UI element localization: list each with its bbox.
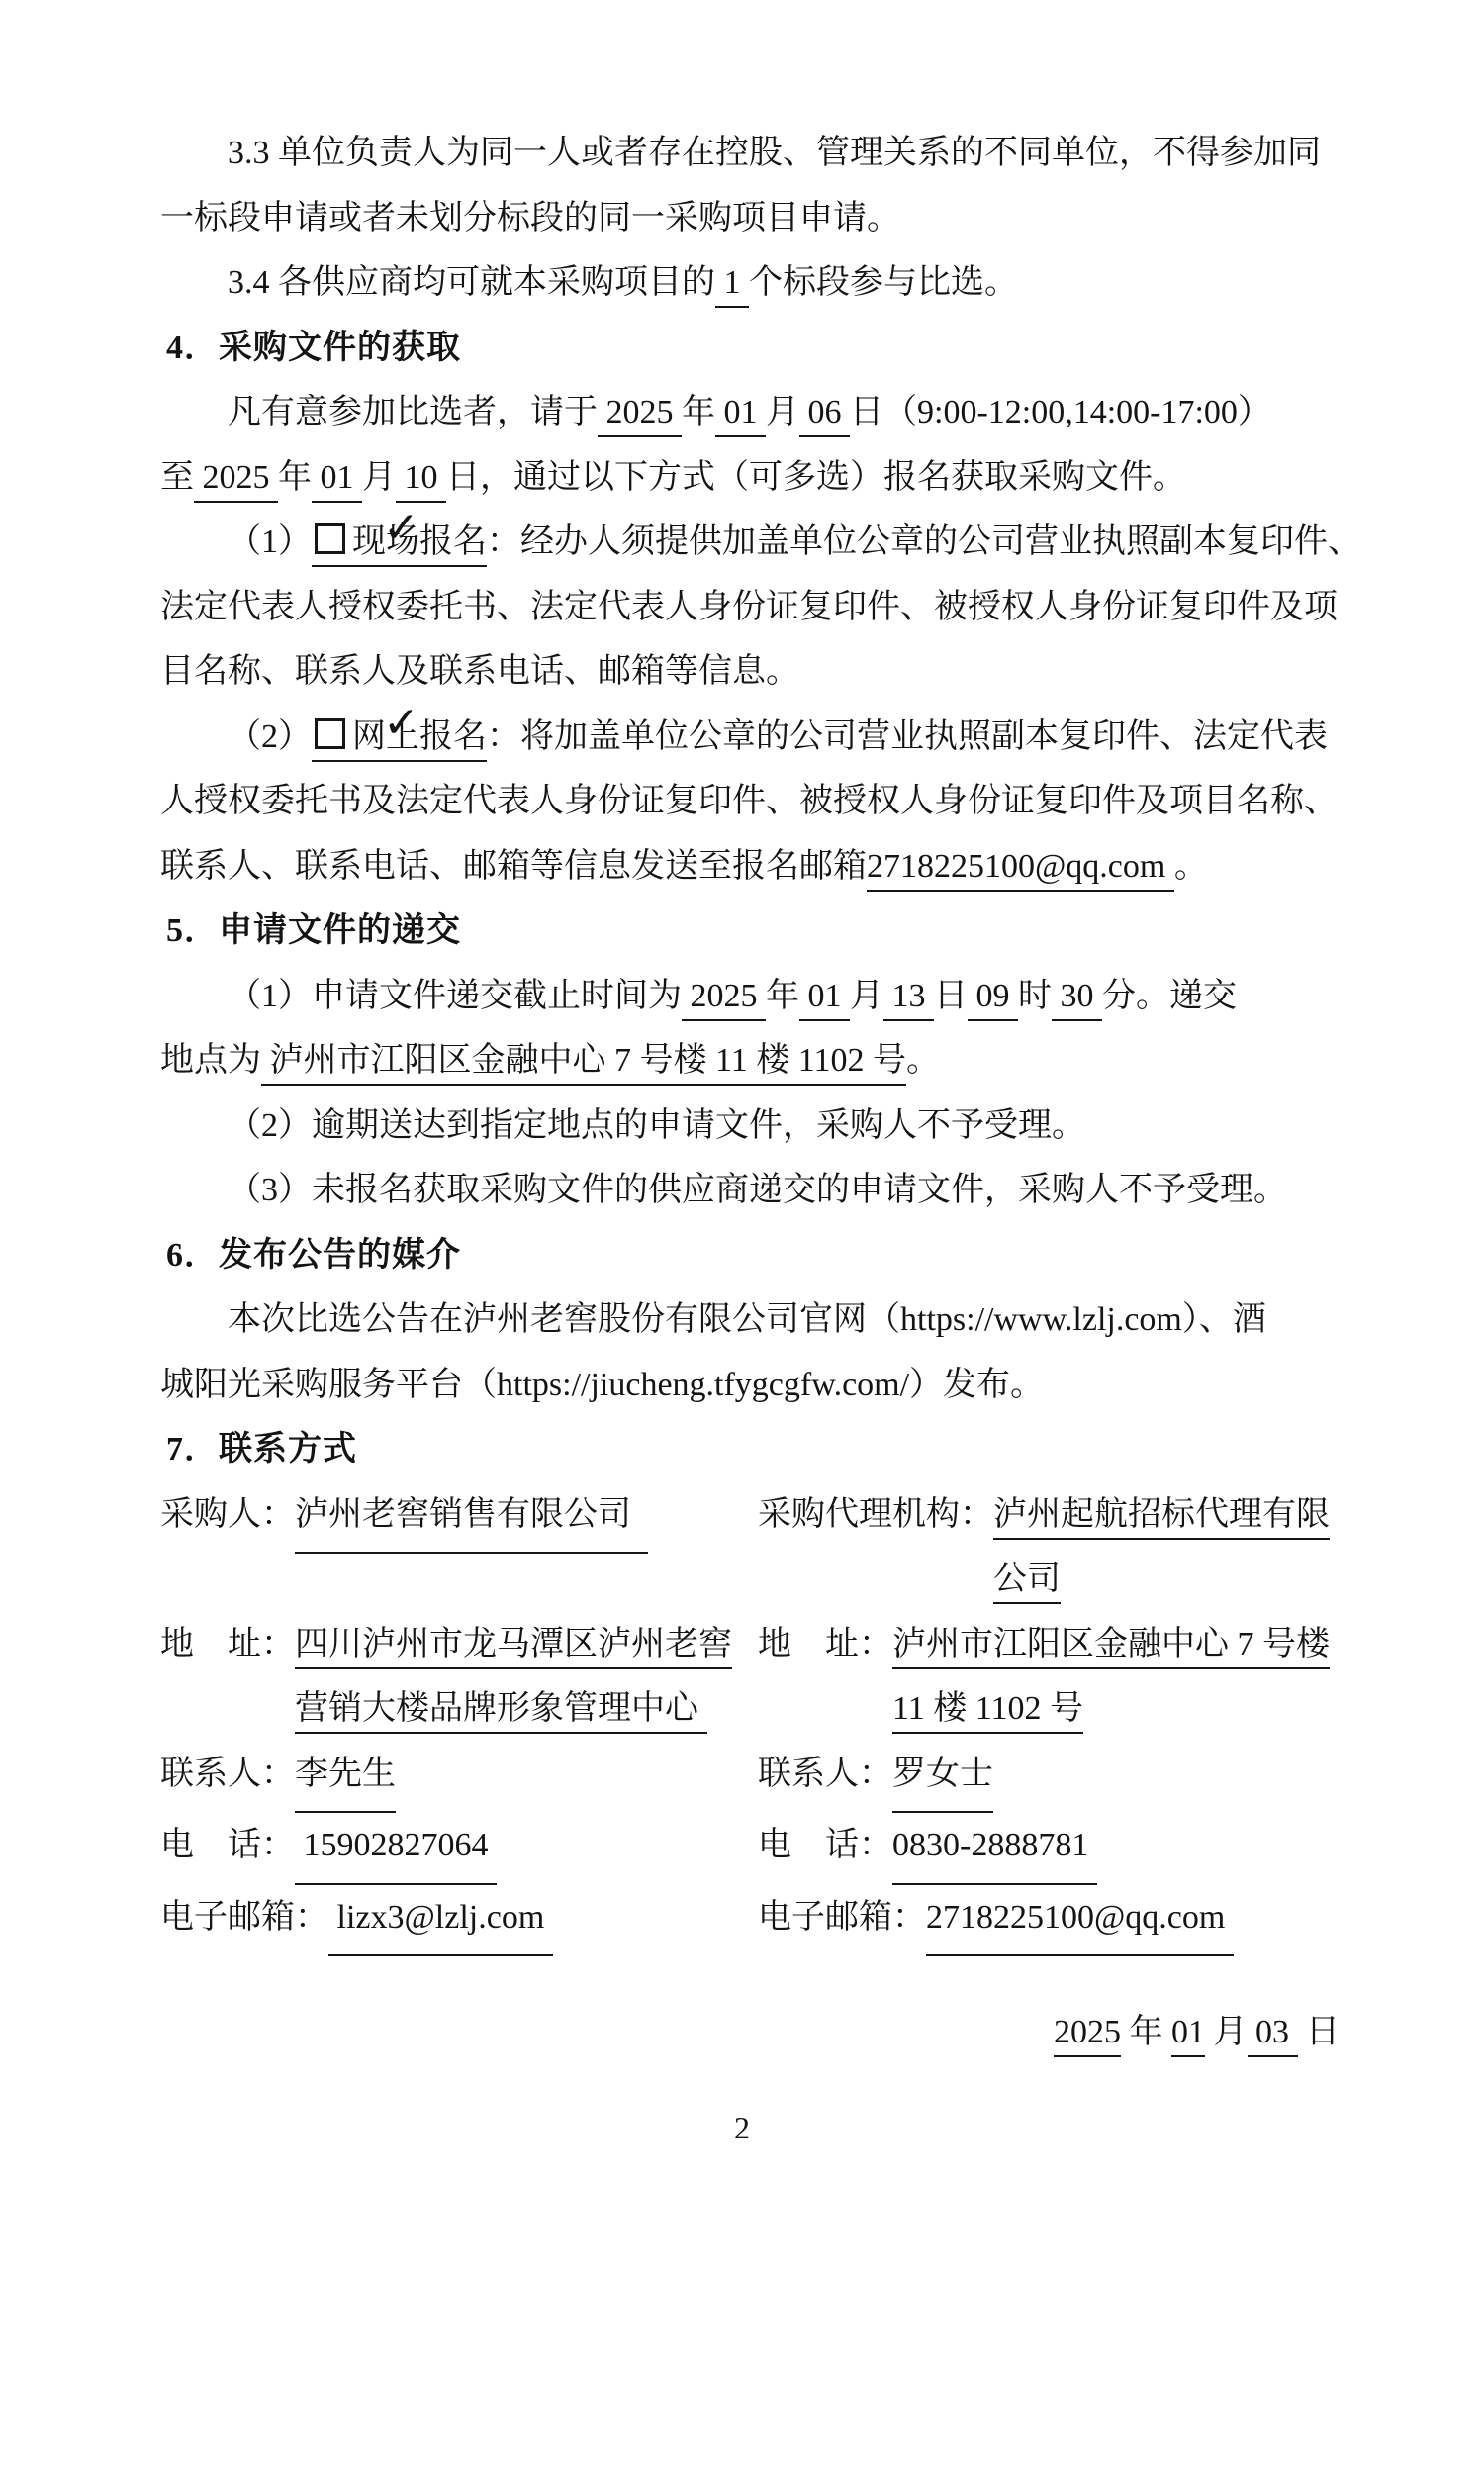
purchaser-address-row: 地 址： 四川泸州市龙马潭区泸州老窖营销大楼品牌形象管理中心 (160, 1612, 758, 1742)
deadline-line-2: 地点为 泸州市江阳区金融中心 7 号楼 11 楼 1102 号。 (160, 1028, 1340, 1093)
contact-row-addresses: 地 址： 四川泸州市龙马潭区泸州老窖营销大楼品牌形象管理中心 地 址： 泸州市江… (160, 1612, 1340, 1742)
announcement-date: 2025 年 01 月 03 日 (160, 2000, 1340, 2065)
end-year-blank: 2025 (194, 459, 278, 503)
onsite-text-2: 法定代表人授权委托书、法定代表人身份证复印件、被授权人身份证复印件及项 (160, 589, 1338, 625)
deadline-hour-char: 时 (1018, 978, 1052, 1014)
deadline-day-blank: 13 (883, 978, 934, 1021)
media-line-1: 本次比选公告在泸州老窖股份有限公司官网（https://www.lzlj.com… (160, 1287, 1340, 1353)
onsite-text-3: 目名称、联系人及联系电话、邮箱等信息。 (160, 653, 799, 690)
online-text-1: 将加盖单位公章的公司营业执照副本复印件、法定代表 (520, 718, 1328, 755)
start-month-blank: 01 (715, 394, 766, 437)
clause-3-4-text: 3.4 各供应商均可就本采购项目的 (228, 264, 715, 301)
section-6-heading-text: 6．发布公告的媒介 (166, 1237, 461, 1274)
onsite-registration-line-1: （1）✓现场报名：经办人须提供加盖单位公章的公司营业执照副本复印件、 (160, 510, 1340, 575)
deadline-day-char: 日 (934, 978, 968, 1014)
contact-row-phones: 电 话： 15902827064 电 话：0830-2888781 (160, 1813, 1340, 1885)
checkmark-icon: ✓ (316, 702, 419, 745)
clause-3-3-line-2: 一标段申请或者未划分标段的同一采购项目申请。 (160, 186, 1340, 251)
online-text-3: 联系人、联系电话、邮箱等信息发送至报名邮箱 (160, 848, 867, 885)
purchaser-email-row: 电子邮箱： lizx3@lzlj.com (160, 1885, 758, 1957)
clause-5-2: （2）逾期送达到指定地点的申请文件，采购人不予受理。 (160, 1093, 1340, 1159)
deadline-line-1: （1）申请文件递交截止时间为 2025 年 01 月 13 日 09 时 30 … (160, 964, 1340, 1029)
agency-phone: 0830-2888781 (892, 1813, 1097, 1885)
onsite-colon: ： (487, 523, 520, 560)
agency-name-line-2: 公司 (993, 1561, 1061, 1604)
deadline-month-char: 月 (850, 978, 883, 1014)
s4-p1-year-char: 年 (682, 394, 715, 430)
checked-checkbox-icon: ✓ (315, 718, 345, 749)
agency-phone-label: 电 话： (758, 1813, 892, 1878)
onsite-registration-line-3: 目名称、联系人及联系电话、邮箱等信息。 (160, 639, 1340, 705)
purchaser-address: 四川泸州市龙马潭区泸州老窖营销大楼品牌形象管理中心 (295, 1612, 732, 1742)
submission-place-end: 。 (906, 1042, 940, 1079)
start-day-blank: 06 (799, 394, 850, 437)
agency-address-label: 地 址： (758, 1612, 892, 1677)
deadline-text: （1）申请文件递交截止时间为 (228, 978, 682, 1014)
document-content: 3.3 单位负责人为同一人或者存在控股、管理关系的不同单位，不得参加同 一标段申… (160, 121, 1340, 2065)
section-4-para-line-2: 至 2025 年 01 月 10 日，通过以下方式（可多选）报名获取采购文件。 (160, 445, 1340, 511)
purchaser-name: 泸州老窖销售有限公司 (295, 1482, 648, 1555)
section-4-heading-text: 4．采购文件的获取 (166, 330, 461, 366)
purchaser-contact-label: 联系人： (160, 1742, 295, 1807)
checked-checkbox-icon: ✓ (315, 523, 345, 554)
purchaser-email: lizx3@lzlj.com (328, 1885, 553, 1957)
agency-contact-row: 联系人：罗女士 (758, 1742, 1340, 1814)
section-7-heading-text: 7．联系方式 (166, 1431, 357, 1468)
purchaser-contact-name: 李先生 (295, 1742, 396, 1814)
clause-3-3-text-1: 3.3 单位负责人为同一人或者存在控股、管理关系的不同单位，不得参加同 (228, 135, 1321, 171)
s4-p2-month-char: 月 (362, 459, 396, 496)
purchaser-address-line-1: 四川泸州市龙马潭区泸州老窖 (295, 1626, 732, 1669)
onsite-registration-line-2: 法定代表人授权委托书、法定代表人身份证复印件、被授权人身份证复印件及项 (160, 575, 1340, 640)
agency-phone-row: 电 话：0830-2888781 (758, 1813, 1340, 1885)
s4-p1-time-range: 日（9:00-12:00,14:00-17:00） (850, 394, 1271, 430)
end-day-blank: 10 (396, 459, 446, 503)
clause-3-4-text-end: 个标段参与比选。 (749, 264, 1018, 301)
s4-p1-text: 凡有意参加比选者，请于 (228, 394, 598, 430)
registration-email: 2718225100@qq.com (867, 848, 1174, 892)
submission-address: 泸州市江阳区金融中心 7 号楼 11 楼 1102 号 (261, 1042, 906, 1086)
clause-3-3-line-1: 3.3 单位负责人为同一人或者存在控股、管理关系的不同单位，不得参加同 (160, 121, 1340, 186)
document-page: 3.3 单位负责人为同一人或者存在控股、管理关系的不同单位，不得参加同 一标段申… (0, 0, 1484, 2470)
purchaser-label: 采购人： (160, 1482, 295, 1548)
agency-email-label: 电子邮箱： (758, 1885, 926, 1950)
purchaser-address-label: 地 址： (160, 1612, 295, 1677)
start-year-blank: 2025 (598, 394, 682, 437)
purchaser-row: 采购人：泸州老窖销售有限公司 (160, 1482, 758, 1555)
section-6-heading: 6．发布公告的媒介 (160, 1223, 1340, 1288)
clause-3-4-line: 3.4 各供应商均可就本采购项目的 1 个标段参与比选。 (160, 250, 1340, 316)
agency-address-line-2: 11 楼 1102 号 (892, 1690, 1083, 1734)
page-number: 2 (0, 2110, 1484, 2146)
item-2-number: （2） (228, 718, 312, 755)
online-registration-line-1: （2）✓网上报名：将加盖单位公章的公司营业执照副本复印件、法定代表 (160, 705, 1340, 770)
agency-email-row: 电子邮箱：2718225100@qq.com (758, 1885, 1340, 1957)
agency-email: 2718225100@qq.com (926, 1885, 1234, 1957)
date-day-char: 日 (1298, 2014, 1341, 2050)
checkmark-icon: ✓ (316, 507, 419, 550)
s4-p2-rest: 日，通过以下方式（可多选）报名获取采购文件。 (446, 459, 1186, 496)
section-4-heading: 4．采购文件的获取 (160, 316, 1340, 381)
s4-p1-month-char: 月 (766, 394, 799, 430)
clause-3-3-text-2: 一标段申请或者未划分标段的同一采购项目申请。 (160, 200, 900, 237)
purchaser-address-line-2: 营销大楼品牌形象管理中心 (295, 1690, 707, 1734)
purchaser-phone: 15902827064 (295, 1813, 497, 1885)
clause-5-3-text: （3）未报名获取采购文件的供应商递交的申请文件，采购人不予受理。 (228, 1172, 1287, 1208)
agency-address: 泸州市江阳区金融中心 7 号楼11 楼 1102 号 (892, 1612, 1330, 1742)
onsite-registration-option: ✓现场报名 (312, 523, 487, 567)
section-5-heading-text: 5．申请文件的递交 (166, 912, 461, 949)
deadline-month-blank: 01 (799, 978, 850, 1021)
clause-5-2-text: （2）逾期送达到指定地点的申请文件，采购人不予受理。 (228, 1107, 1085, 1144)
online-registration-line-2: 人授权委托书及法定代表人身份证复印件、被授权人身份证复印件及项目名称、 (160, 769, 1340, 834)
media-text-2: 城阳光采购服务平台（https://jiucheng.tfygcgfw.com/… (160, 1367, 1044, 1403)
deadline-year-char: 年 (766, 978, 799, 1014)
agency-contact-label: 联系人： (758, 1742, 892, 1807)
agency-address-line-1: 泸州市江阳区金融中心 7 号楼 (892, 1626, 1330, 1669)
deadline-minute-blank: 30 (1052, 978, 1102, 1021)
date-day-blank: 03 (1248, 2014, 1298, 2057)
online-text-2: 人授权委托书及法定代表人身份证复印件、被授权人身份证复印件及项目名称、 (160, 783, 1338, 819)
purchaser-email-label: 电子邮箱： (160, 1885, 328, 1950)
deadline-hour-blank: 09 (968, 978, 1018, 1021)
section-7-heading: 7．联系方式 (160, 1417, 1340, 1482)
agency-address-row: 地 址： 泸州市江阳区金融中心 7 号楼11 楼 1102 号 (758, 1612, 1340, 1742)
purchaser-phone-row: 电 话： 15902827064 (160, 1813, 758, 1885)
online-registration-option: ✓网上报名 (312, 718, 487, 762)
agency-name-line-1: 泸州起航招标代理有限 (993, 1496, 1330, 1540)
purchaser-phone-label: 电 话： (160, 1813, 295, 1878)
media-line-2: 城阳光采购服务平台（https://jiucheng.tfygcgfw.com/… (160, 1353, 1340, 1418)
item-1-number: （1） (228, 523, 312, 560)
lot-count-blank: 1 (715, 264, 749, 308)
contact-row-organizations: 采购人：泸州老窖销售有限公司 采购代理机构： 泸州起航招标代理有限公司 (160, 1482, 1340, 1612)
section-4-para-line-1: 凡有意参加比选者，请于 2025 年 01 月 06 日（9:00-12:00,… (160, 380, 1340, 445)
s4-p2-year-char: 年 (278, 459, 312, 496)
deadline-tail: 分。递交 (1102, 978, 1237, 1014)
purchaser-contact-row: 联系人：李先生 (160, 1742, 758, 1814)
media-text-1: 本次比选公告在泸州老窖股份有限公司官网（https://www.lzlj.com… (228, 1301, 1266, 1338)
online-registration-line-3: 联系人、联系电话、邮箱等信息发送至报名邮箱2718225100@qq.com 。 (160, 834, 1340, 900)
date-month-char: 月 (1205, 2014, 1248, 2050)
date-year-char: 年 (1121, 2014, 1171, 2050)
agency-label: 采购代理机构： (758, 1482, 993, 1548)
clause-5-3: （3）未报名获取采购文件的供应商递交的申请文件，采购人不予受理。 (160, 1158, 1340, 1223)
end-month-blank: 01 (312, 459, 362, 503)
contact-section: 采购人：泸州老窖销售有限公司 采购代理机构： 泸州起航招标代理有限公司 地 址：… (160, 1482, 1340, 1957)
deadline-year-blank: 2025 (682, 978, 766, 1021)
submission-place-prefix: 地点为 (160, 1042, 261, 1079)
section-5-heading: 5．申请文件的递交 (160, 899, 1340, 964)
online-text-end: 。 (1174, 848, 1208, 885)
agency-contact-name: 罗女士 (892, 1742, 993, 1814)
agency-name: 泸州起航招标代理有限公司 (993, 1482, 1330, 1612)
s4-p2-text: 至 (160, 459, 194, 496)
contact-row-persons: 联系人：李先生 联系人：罗女士 (160, 1742, 1340, 1814)
date-month-blank: 01 (1171, 2014, 1205, 2057)
date-year-blank: 2025 (1054, 2014, 1121, 2057)
agency-row: 采购代理机构： 泸州起航招标代理有限公司 (758, 1482, 1340, 1612)
online-colon: ： (487, 718, 520, 755)
onsite-text-1: 经办人须提供加盖单位公章的公司营业执照副本复印件、 (520, 523, 1361, 560)
contact-row-emails: 电子邮箱： lizx3@lzlj.com 电子邮箱：2718225100@qq.… (160, 1885, 1340, 1957)
